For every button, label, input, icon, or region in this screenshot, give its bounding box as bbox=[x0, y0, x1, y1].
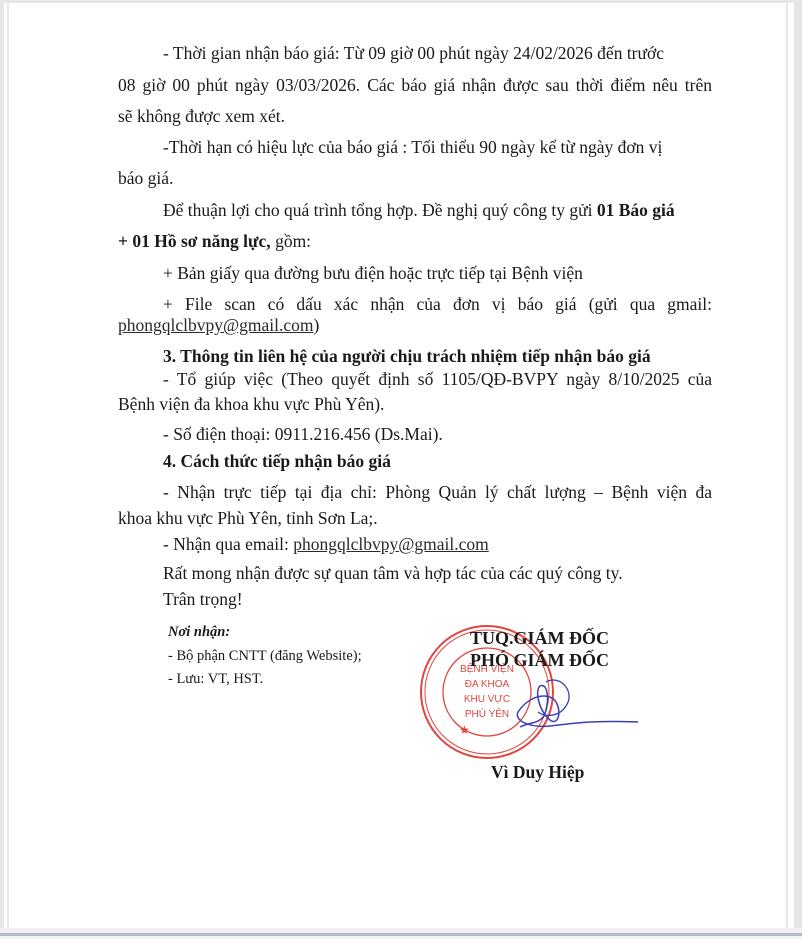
handwritten-signature bbox=[510, 672, 650, 742]
section-3-heading: 3. Thông tin liên hệ của người chịu trác… bbox=[163, 344, 712, 368]
signer-name: Vì Duy Hiệp bbox=[491, 762, 584, 783]
closing-line: Rất mong nhận được sự quan tâm và hợp tá… bbox=[163, 561, 712, 585]
quote-time-line3: sẽ không được xem xét. bbox=[118, 104, 712, 128]
submission-text: Để thuận lợi cho quá trình tổng hợp. Đề … bbox=[163, 200, 597, 220]
regards-line: Trân trọng! bbox=[163, 587, 712, 611]
svg-text:PHÙ YÊN: PHÙ YÊN bbox=[465, 707, 509, 720]
page-edge bbox=[786, 3, 788, 928]
section-3-title: 3. Thông tin liên hệ của người chịu trác… bbox=[163, 346, 651, 366]
quote-time-line2: 08 giờ 00 phút ngày 03/03/2026. Các báo … bbox=[118, 73, 712, 97]
receive-direct-line2: khoa khu vực Phù Yên, tỉnh Sơn La;. bbox=[118, 506, 712, 530]
email-label: - Nhận qua email: bbox=[163, 534, 293, 554]
recipients-title: Nơi nhận: bbox=[168, 622, 230, 642]
svg-text:★: ★ bbox=[459, 723, 470, 737]
submission-bold: + 01 Hồ sơ năng lực, bbox=[118, 231, 271, 251]
quote-time-line1: - Thời gian nhận báo giá: Từ 09 giờ 00 p… bbox=[163, 41, 712, 65]
svg-text:KHU VỰC: KHU VỰC bbox=[464, 694, 510, 705]
file-scan-email-line: phongqlclbvpy@gmail.com) bbox=[118, 313, 712, 337]
receive-direct-line1: - Nhận trực tiếp tại địa chỉ: Phòng Quản… bbox=[163, 480, 712, 504]
email-link[interactable]: phongqlclbvpy@gmail.com bbox=[118, 315, 313, 335]
contact-phone: - Số điện thoại: 0911.216.456 (Ds.Mai). bbox=[163, 422, 712, 446]
email-link[interactable]: phongqlclbvpy@gmail.com bbox=[293, 534, 488, 554]
submission-text: gồm: bbox=[271, 231, 311, 251]
signature-title-2: PHÓ GIÁM ĐỐC bbox=[470, 649, 609, 671]
page-edge bbox=[7, 3, 9, 928]
svg-text:ĐA KHOA: ĐA KHOA bbox=[465, 679, 510, 690]
submission-bold: 01 Báo giá bbox=[597, 200, 675, 220]
recipient-item: - Bộ phận CNTT (đăng Website); bbox=[168, 646, 362, 666]
quote-validity-line1: -Thời hạn có hiệu lực của báo giá : Tối … bbox=[163, 135, 712, 159]
receive-email-line: - Nhận qua email: phongqlclbvpy@gmail.co… bbox=[163, 532, 712, 556]
contact-team-line1: - Tổ giúp việc (Theo quyết định số 1105/… bbox=[163, 367, 712, 391]
paren: ) bbox=[313, 315, 319, 335]
submission-request-line2: + 01 Hồ sơ năng lực, gồm: bbox=[118, 229, 712, 253]
submission-request-line1: Để thuận lợi cho quá trình tổng hợp. Đề … bbox=[163, 198, 712, 222]
section-4-title: 4. Cách thức tiếp nhận báo giá bbox=[163, 451, 391, 471]
quote-validity-line2: báo giá. bbox=[118, 166, 712, 190]
recipient-item: - Lưu: VT, HST. bbox=[168, 669, 263, 689]
signature-title-1: TUQ.GIÁM ĐỐC bbox=[470, 627, 609, 649]
paper-copy-item: + Bản giấy qua đường bưu điện hoặc trực … bbox=[163, 261, 712, 285]
contact-team-line2: Bệnh viện đa khoa khu vực Phù Yên). bbox=[118, 392, 712, 416]
section-4-heading: 4. Cách thức tiếp nhận báo giá bbox=[163, 449, 712, 473]
